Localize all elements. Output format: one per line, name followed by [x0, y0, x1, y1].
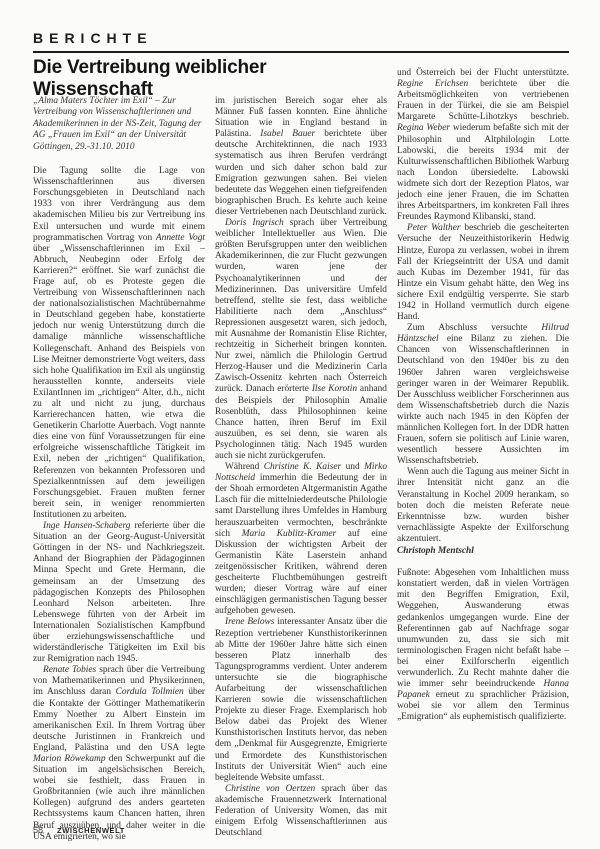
body-paragraph: im juristischen Bereich sogar eher als M…: [215, 96, 387, 218]
article: Die Vertreibung weiblicher Wissenschaft …: [33, 55, 569, 815]
body-paragraph: Irene Belows interessanter Ansatz über d…: [215, 617, 387, 783]
body-paragraph: und Österreich bei der Flucht unterstütz…: [397, 68, 569, 223]
page-number: 58: [33, 825, 43, 835]
author-signature: Christoph Mentschl: [397, 546, 569, 557]
body-paragraph: Wenn auch die Tagung aus meiner Sicht in…: [397, 467, 569, 545]
body-paragraph: Zum Abschluss versuchte Hiltrud Häntzsch…: [397, 323, 569, 467]
text-column-3: und Österreich bei der Flucht unterstütz…: [397, 68, 569, 723]
magazine-name: ZWISCHENWELT: [57, 826, 125, 835]
body-paragraph: Renate Tobies sprach über die Vertreibun…: [33, 665, 205, 843]
article-intro-reference: „Alma Maters Töchter im Exil“ – Zur Vert…: [33, 96, 205, 153]
magazine-page: BERICHTE Die Vertreibung weiblicher Wiss…: [0, 0, 600, 849]
body-paragraph: Peter Walther beschrieb die gescheiterte…: [397, 223, 569, 323]
body-paragraph: Die Tagung sollte die Lage von Wissensch…: [33, 166, 205, 521]
text-column-1: „Alma Maters Töchter im Exil“ – Zur Vert…: [33, 96, 205, 843]
body-paragraph: Inge Hansen-Schaberg referierte über die…: [33, 521, 205, 665]
page-footer: 58 ZWISCHENWELT: [33, 825, 125, 835]
body-paragraph: Doris Ingrisch sprach über Vertreibung w…: [215, 218, 387, 462]
section-kicker: BERICHTE: [33, 30, 569, 46]
text-column-2: im juristischen Bereich sogar eher als M…: [215, 96, 387, 839]
body-paragraph: Christine von Oertzen sprach über das ak…: [215, 784, 387, 839]
body-paragraph: Während Christine K. Kaiser und Mirko No…: [215, 462, 387, 617]
footnote-paragraph: Fußnote: Abgesehen vom Inhaltlichen muss…: [397, 568, 569, 723]
section-header: BERICHTE: [33, 30, 569, 53]
article-title: Die Vertreibung weiblicher Wissenschaft: [33, 57, 389, 101]
